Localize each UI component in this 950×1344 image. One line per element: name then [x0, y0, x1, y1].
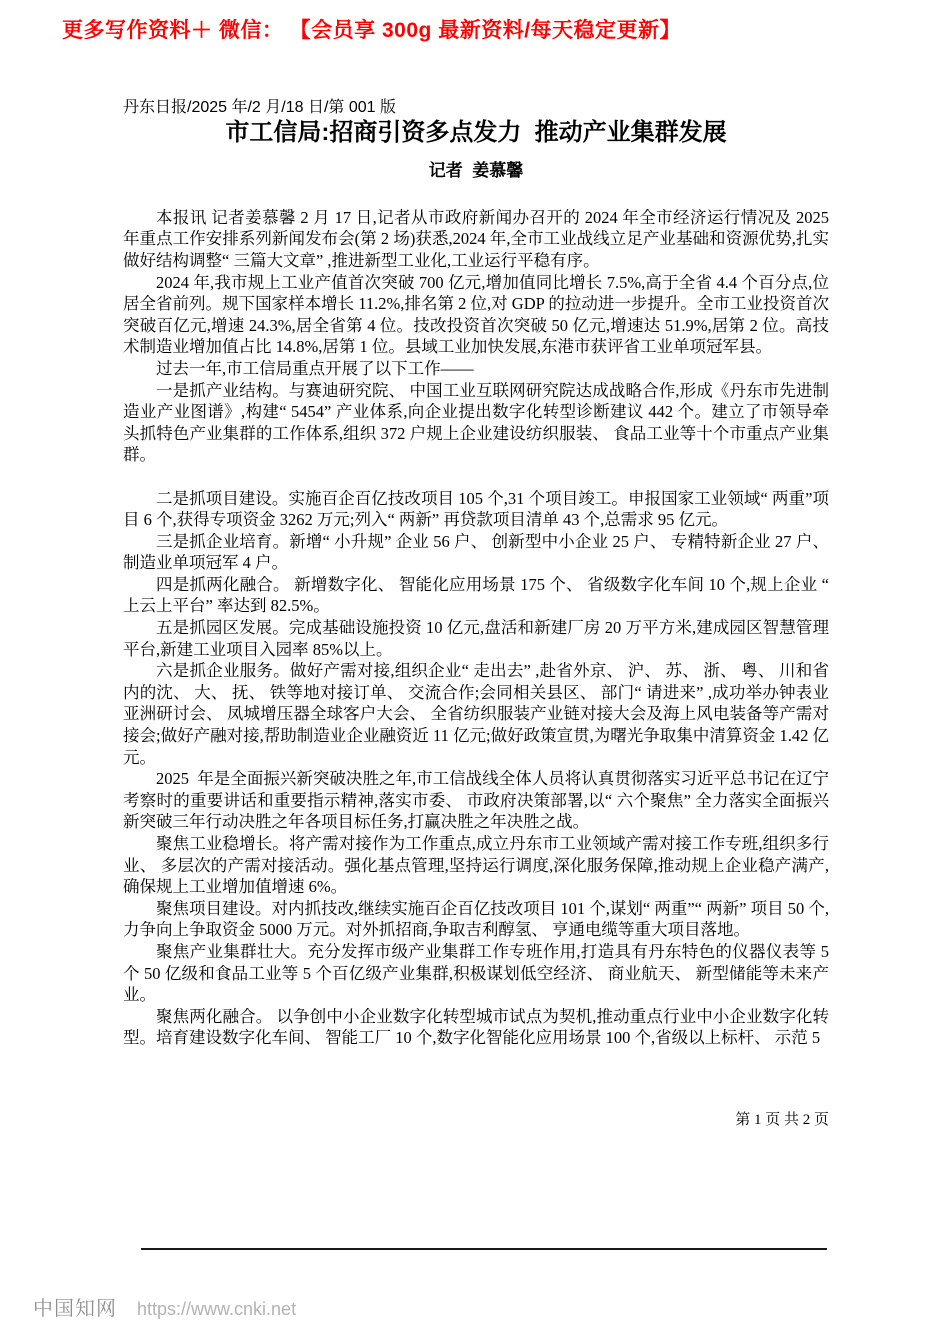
cnki-brand-label: 中国知网: [33, 1298, 117, 1320]
paragraph: 二是抓项目建设。实施百企百亿技改项目 105 个,31 个项目竣工。申报国家工业…: [123, 488, 829, 531]
paragraph: 过去一年,市工信局重点开展了以下工作——: [123, 358, 829, 380]
promo-banner-text: 更多写作资料＋ 微信： 【会员享 300g 最新资料/每天稳定更新】: [62, 14, 681, 44]
paragraph: 2024 年,我市规上工业产值首次突破 700 亿元,增加值同比增长 7.5%,…: [123, 272, 829, 358]
document-page: 丹东日报/2025 年/2 月/18 日/第 001 版 市工信局:招商引资多点…: [123, 94, 829, 1049]
cnki-watermark: 中国知网https://www.cnki.net: [33, 1292, 296, 1321]
paragraph: 聚焦项目建设。对内抓技改,继续实施百企百亿技改项目 101 个,谋划“ 两重”“…: [123, 898, 829, 941]
paragraph: 聚焦工业稳增长。将产需对接作为工作重点,成立丹东市工业领域产需对接工作专班,组织…: [123, 833, 829, 898]
cnki-url-text: https://www.cnki.net: [137, 1299, 296, 1319]
paragraph: 2025 年是全面振兴新突破决胜之年,市工信战线全体人员将认真贯彻落实习近平总书…: [123, 768, 829, 833]
source-publication-line: 丹东日报/2025 年/2 月/18 日/第 001 版: [123, 94, 829, 117]
paragraph: 五是抓园区发展。完成基础设施投资 10 亿元,盘活和新建厂房 20 万平方米,建…: [123, 617, 829, 660]
paragraph: 聚焦两化融合。 以争创中小企业数字化转型城市试点为契机,推动重点行业中小企业数字…: [123, 1006, 829, 1049]
paragraph: 六是抓企业服务。做好产需对接,组织企业“ 走出去” ,赴省外京、 沪、 苏、 浙…: [123, 660, 829, 768]
paragraph: 本报讯 记者姜慕馨 2 月 17 日,记者从市政府新闻办召开的 2024 年全市…: [123, 207, 829, 272]
article-body: 本报讯 记者姜慕馨 2 月 17 日,记者从市政府新闻办召开的 2024 年全市…: [123, 207, 829, 1049]
paragraph: 三是抓企业培育。新增“ 小升规” 企业 56 户、 创新型中小企业 25 户、 …: [123, 531, 829, 574]
page-number: 第 1 页 共 2 页: [735, 1108, 829, 1129]
blank-line: [123, 466, 829, 488]
footer-divider-line: [141, 1248, 827, 1250]
paragraph: 一是抓产业结构。与赛迪研究院、 中国工业互联网研究院达成战略合作,形成《丹东市先…: [123, 380, 829, 466]
paragraph: 四是抓两化融合。 新增数字化、 智能化应用场景 175 个、 省级数字化车间 1…: [123, 574, 829, 617]
article-byline: 记者 姜慕馨: [123, 156, 829, 181]
article-title: 市工信局:招商引资多点发力 推动产业集群发展: [123, 119, 829, 148]
paragraph: 聚焦产业集群壮大。充分发挥市级产业集群工作专班作用,打造具有丹东特色的仪器仪表等…: [123, 941, 829, 1006]
